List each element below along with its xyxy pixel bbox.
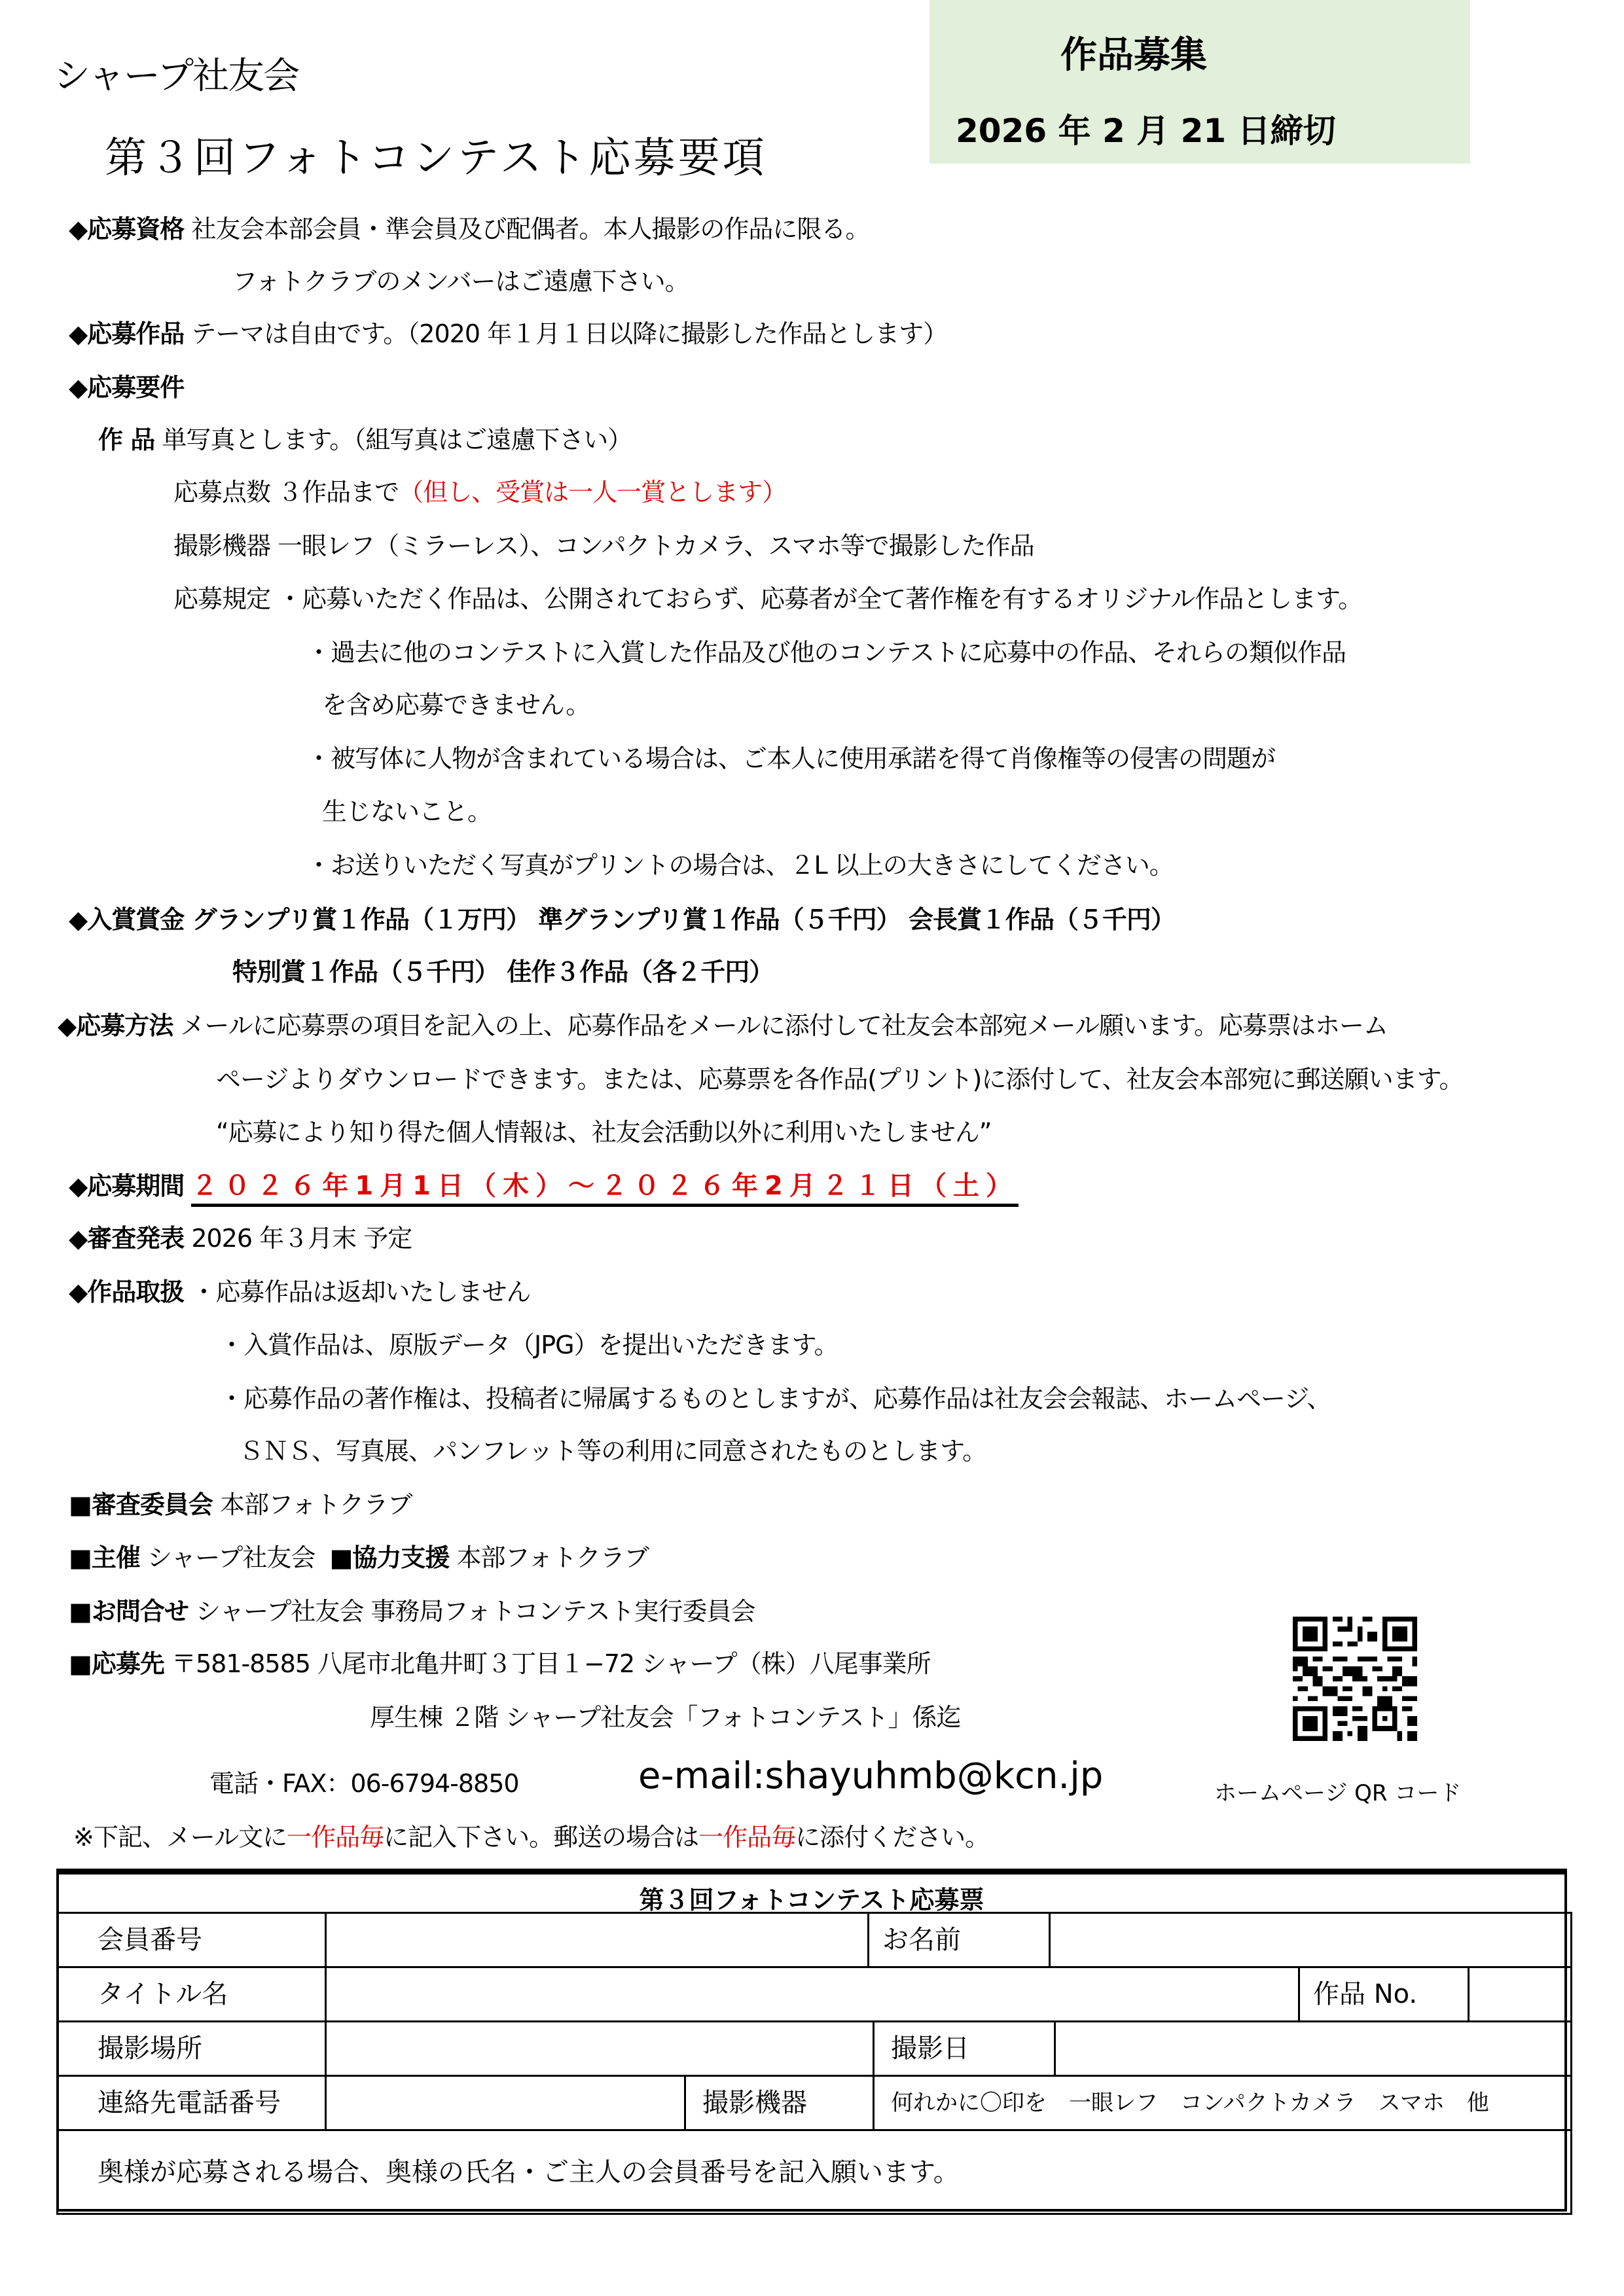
- location-field[interactable]: [325, 2020, 875, 2077]
- announcement-label: ◆審査発表: [69, 1224, 184, 1253]
- organizer-row: ■主催 シャープ社友会 ■協力支援 本部フォトクラブ: [69, 1543, 649, 1572]
- count-note: （但し、受賞は一人一賞とします）: [399, 478, 786, 507]
- announcement-text: 2026 年３月末 予定: [191, 1224, 412, 1253]
- prizes-line2: 特別賞１作品（５千円） 佳作３作品（各２千円）: [232, 958, 773, 986]
- badge-deadline: 2026 年 2 月 21 日締切: [956, 105, 1336, 152]
- rule-2-cont: を含め応募できません。: [322, 691, 590, 719]
- prizes-line1: グランプリ賞１作品（１万円） 準グランプリ賞１作品（５千円） 会長賞１作品（５千…: [192, 905, 1174, 934]
- organizer-text: シャープ社友会: [147, 1543, 315, 1572]
- eligibility-label: ◆応募資格: [69, 215, 184, 243]
- entry-form: 第３回フォトコンテスト応募票 会員番号 お名前 タイトル名 作品 No. 撮影場…: [56, 1869, 1567, 2212]
- equipment-label: 撮影機器: [684, 2075, 875, 2131]
- rule-3: ・被写体に人物が含まれている場合は、ご本人に使用承諾を得て肖像権等の侵害の問題が: [306, 744, 1275, 773]
- method-line3: “応募により知り得た個人情報は、社友会活動以外に利用いたしません”: [216, 1118, 991, 1147]
- works-row: ◆応募作品 テーマは自由です。（2020 年１月１日以降に撮影した作品とします）: [69, 319, 947, 348]
- handling-label: ◆作品取扱: [69, 1278, 184, 1306]
- method-line2: ページよりダウンロードできます。または、応募票を各作品(プリント)に添付して、社…: [216, 1065, 1464, 1094]
- form-title: 第３回フォトコンテスト応募票: [59, 1880, 1564, 1916]
- support-label: ■協力支援: [330, 1543, 450, 1572]
- rule-1: ・応募いただく作品は、公開されておらず、応募者が全て著作権を有するオリジナル作品…: [278, 584, 1362, 613]
- handling-line2: ・入賞作品は、原版データ（JPG）を提出いただきます。: [219, 1331, 839, 1359]
- org-name: シャープ社友会: [54, 47, 298, 99]
- note-emphasis-2: 一作品毎: [698, 1823, 795, 1852]
- date-field[interactable]: [1054, 2020, 1572, 2077]
- committee-row: ■審査委員会 本部フォトクラブ: [69, 1490, 412, 1519]
- note-text-3: に添付ください。: [795, 1823, 989, 1852]
- title-name-label: タイトル名: [56, 1966, 327, 2022]
- item-label: 作 品: [98, 425, 154, 454]
- handling-line1: ・応募作品は返却いたしません: [191, 1278, 530, 1306]
- deadline-badge: 作品募集 2026 年 2 月 21 日締切: [929, 0, 1470, 164]
- email-link[interactable]: e-mail:shayuhmb@kcn.jp: [638, 1762, 1103, 1791]
- rules-row: 応募規定 ・応募いただく作品は、公開されておらず、応募者が全て著作権を有するオリ…: [173, 584, 1362, 613]
- rule-4: ・お送りいただく写真がプリントの場合は、２L 以上の大きさにしてください。: [306, 851, 1174, 880]
- work-no-label: 作品 No.: [1298, 1966, 1470, 2022]
- eligibility-text: 社友会本部会員・準会員及び配偶者。本人撮影の作品に限る。: [191, 215, 869, 243]
- support-text: 本部フォトクラブ: [457, 1543, 649, 1572]
- method-row: ◆応募方法 メールに応募票の項目を記入の上、応募作品をメールに添付して社友会本部…: [58, 1011, 1388, 1040]
- equipment-row: 撮影機器 一眼レフ（ミラーレス）、コンパクトカメラ、スマホ等で撮影した作品: [173, 531, 1034, 560]
- phone-label: 連絡先電話番号: [56, 2075, 327, 2131]
- member-no-field[interactable]: [325, 1912, 869, 1968]
- contact-row: ■お問合せ シャープ社友会 事務局フォトコンテスト実行委員会: [69, 1597, 755, 1626]
- prizes-label: ◆入賞賞金: [69, 905, 184, 934]
- committee-text: 本部フォトクラブ: [220, 1490, 412, 1519]
- equipment-text: 一眼レフ（ミラーレス）、コンパクトカメラ、スマホ等で撮影した作品: [278, 531, 1034, 560]
- rule-2: ・過去に他のコンテストに入賞した作品及び他のコンテストに応募中の作品、それらの類…: [306, 638, 1346, 667]
- work-no-field[interactable]: [1468, 1966, 1572, 2022]
- date-label: 撮影日: [873, 2020, 1056, 2077]
- rules-label: 応募規定: [173, 584, 270, 613]
- eligibility-row: ◆応募資格 社友会本部会員・準会員及び配偶者。本人撮影の作品に限る。: [69, 215, 869, 243]
- requirements-item-row: 作 品 単写真とします。（組写真はご遠慮下さい）: [98, 425, 632, 454]
- note-text-2: に記入下さい。郵送の場合は: [384, 1823, 698, 1852]
- count-text: ３作品まで: [278, 478, 399, 507]
- method-line1: メールに応募票の項目を記入の上、応募作品をメールに添付して社友会本部宛メール願い…: [180, 1011, 1388, 1040]
- handling-row: ◆作品取扱 ・応募作品は返却いたしません: [69, 1278, 530, 1306]
- organizer-label: ■主催: [69, 1543, 140, 1572]
- address-line2: 厚生棟 ２階 シャープ社友会「フォトコンテスト」係迄: [370, 1703, 961, 1732]
- committee-label: ■審査委員会: [69, 1490, 213, 1519]
- eligibility-note: フォトクラブのメンバーはご遠慮下さい。: [232, 267, 689, 296]
- handling-line3: ・応募作品の著作権は、投稿者に帰属するものとしますが、応募作品は社友会会報誌、ホ…: [219, 1384, 1331, 1413]
- note-emphasis-1: 一作品毎: [287, 1823, 384, 1852]
- count-label: 応募点数: [173, 478, 270, 507]
- title-name-field[interactable]: [325, 1966, 1300, 2022]
- item-text: 単写真とします。（組写真はご遠慮下さい）: [162, 425, 632, 454]
- name-field[interactable]: [1049, 1912, 1572, 1968]
- rule-3-cont: 生じないこと。: [322, 797, 492, 826]
- phone-field[interactable]: [325, 2075, 686, 2131]
- method-label: ◆応募方法: [58, 1011, 173, 1040]
- name-label: お名前: [867, 1912, 1051, 1968]
- note-text-1: ※下記、メール文に: [73, 1823, 287, 1852]
- requirements-label: ◆応募要件: [69, 373, 184, 402]
- address-line1: 〒581-8585 八尾市北亀井町３丁目１−72 シャープ（株）八尾事業所: [171, 1649, 931, 1678]
- homepage-qr-code[interactable]: [1293, 1617, 1417, 1741]
- contact-label: ■お問合せ: [69, 1597, 189, 1626]
- works-label: ◆応募作品: [69, 319, 184, 348]
- count-row: 応募点数 ３作品まで（但し、受賞は一人一賞とします）: [173, 478, 786, 507]
- address-row: ■応募先 〒581-8585 八尾市北亀井町３丁目１−72 シャープ（株）八尾事…: [69, 1649, 931, 1678]
- period-dates: ２０２６年1月1日（木）～２０２６年2月２１日（土）: [191, 1171, 1019, 1207]
- phone-fax: 電話・FAX：06-6794-8850: [209, 1769, 519, 1798]
- spouse-note: 奥様が応募される場合、奥様の氏名・ご主人の会員番号を記入願います。: [56, 2129, 1572, 2215]
- period-row: ◆応募期間 ２０２６年1月1日（木）～２０２６年2月２１日（土）: [69, 1172, 1019, 1200]
- form-note: ※下記、メール文に一作品毎に記入下さい。郵送の場合は一作品毎に添付ください。: [73, 1823, 989, 1852]
- address-label: ■応募先: [69, 1649, 164, 1678]
- handling-line4: ＳＮＳ、写真展、パンフレット等の利用に同意されたものとします。: [239, 1437, 986, 1465]
- period-label: ◆応募期間: [69, 1172, 184, 1200]
- location-label: 撮影場所: [56, 2020, 327, 2077]
- prizes-row: ◆入賞賞金 グランプリ賞１作品（１万円） 準グランプリ賞１作品（５千円） 会長賞…: [69, 905, 1175, 934]
- page-title: 第３回フォトコンテスト応募要項: [105, 124, 767, 185]
- qr-label: ホームページ QR コード: [1214, 1775, 1461, 1807]
- member-no-label: 会員番号: [56, 1912, 327, 1968]
- badge-title: 作品募集: [1060, 26, 1207, 79]
- equipment-label: 撮影機器: [173, 531, 270, 560]
- announcement-row: ◆審査発表 2026 年３月末 予定: [69, 1224, 412, 1253]
- equipment-options[interactable]: 何れかに〇印を 一眼レフ コンパクトカメラ スマホ 他: [873, 2075, 1572, 2131]
- contact-text: シャープ社友会 事務局フォトコンテスト実行委員会: [196, 1597, 755, 1626]
- works-text: テーマは自由です。（2020 年１月１日以降に撮影した作品とします）: [191, 319, 947, 348]
